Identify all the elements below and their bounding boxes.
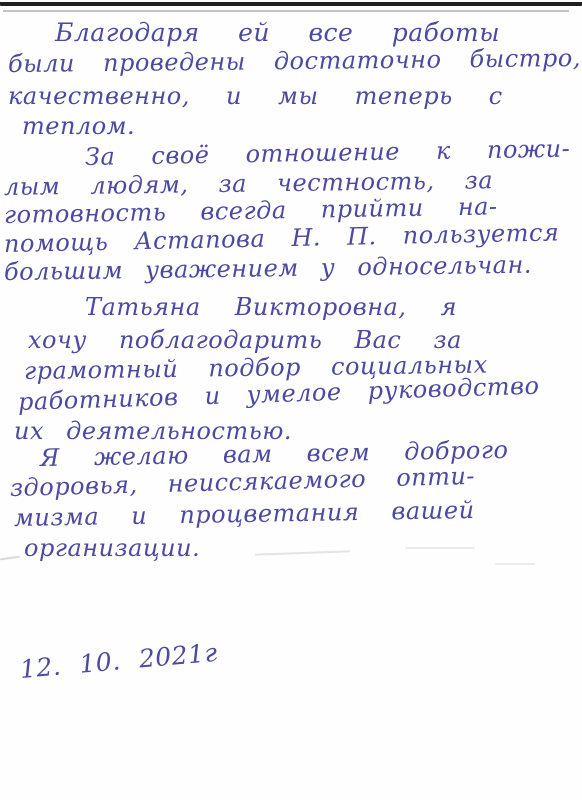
handwritten-date: 12. 10. 2021г	[19, 638, 219, 684]
scanned-letter-page: Благодаря ей все работы были проведены д…	[0, 0, 582, 800]
handwriting-line: теплом.	[22, 112, 135, 140]
handwriting-line: организации.	[24, 534, 200, 562]
handwriting-line: Татьяна Викторовна, я	[85, 293, 457, 321]
scan-smudge	[255, 550, 350, 555]
handwriting-line: качественно, и мы теперь с	[8, 82, 503, 110]
handwriting-line: Благодаря ей все работы	[55, 18, 500, 47]
scan-smudge	[495, 563, 535, 565]
handwriting-line: хочу поблагодарить Вас за	[28, 326, 462, 354]
scan-smudge	[0, 556, 20, 561]
handwriting-line: мизма и процветания вашей	[14, 496, 475, 532]
scan-smudge	[405, 547, 475, 549]
scanner-edge-line	[0, 2, 582, 6]
handwriting-line: были проведены достаточно быстро,	[8, 44, 581, 78]
handwriting-line: большим уважением у односельчан.	[4, 251, 532, 286]
scanner-edge-thin-line	[3, 10, 569, 12]
handwriting-line: За своё отношение к пожи-	[85, 135, 571, 171]
